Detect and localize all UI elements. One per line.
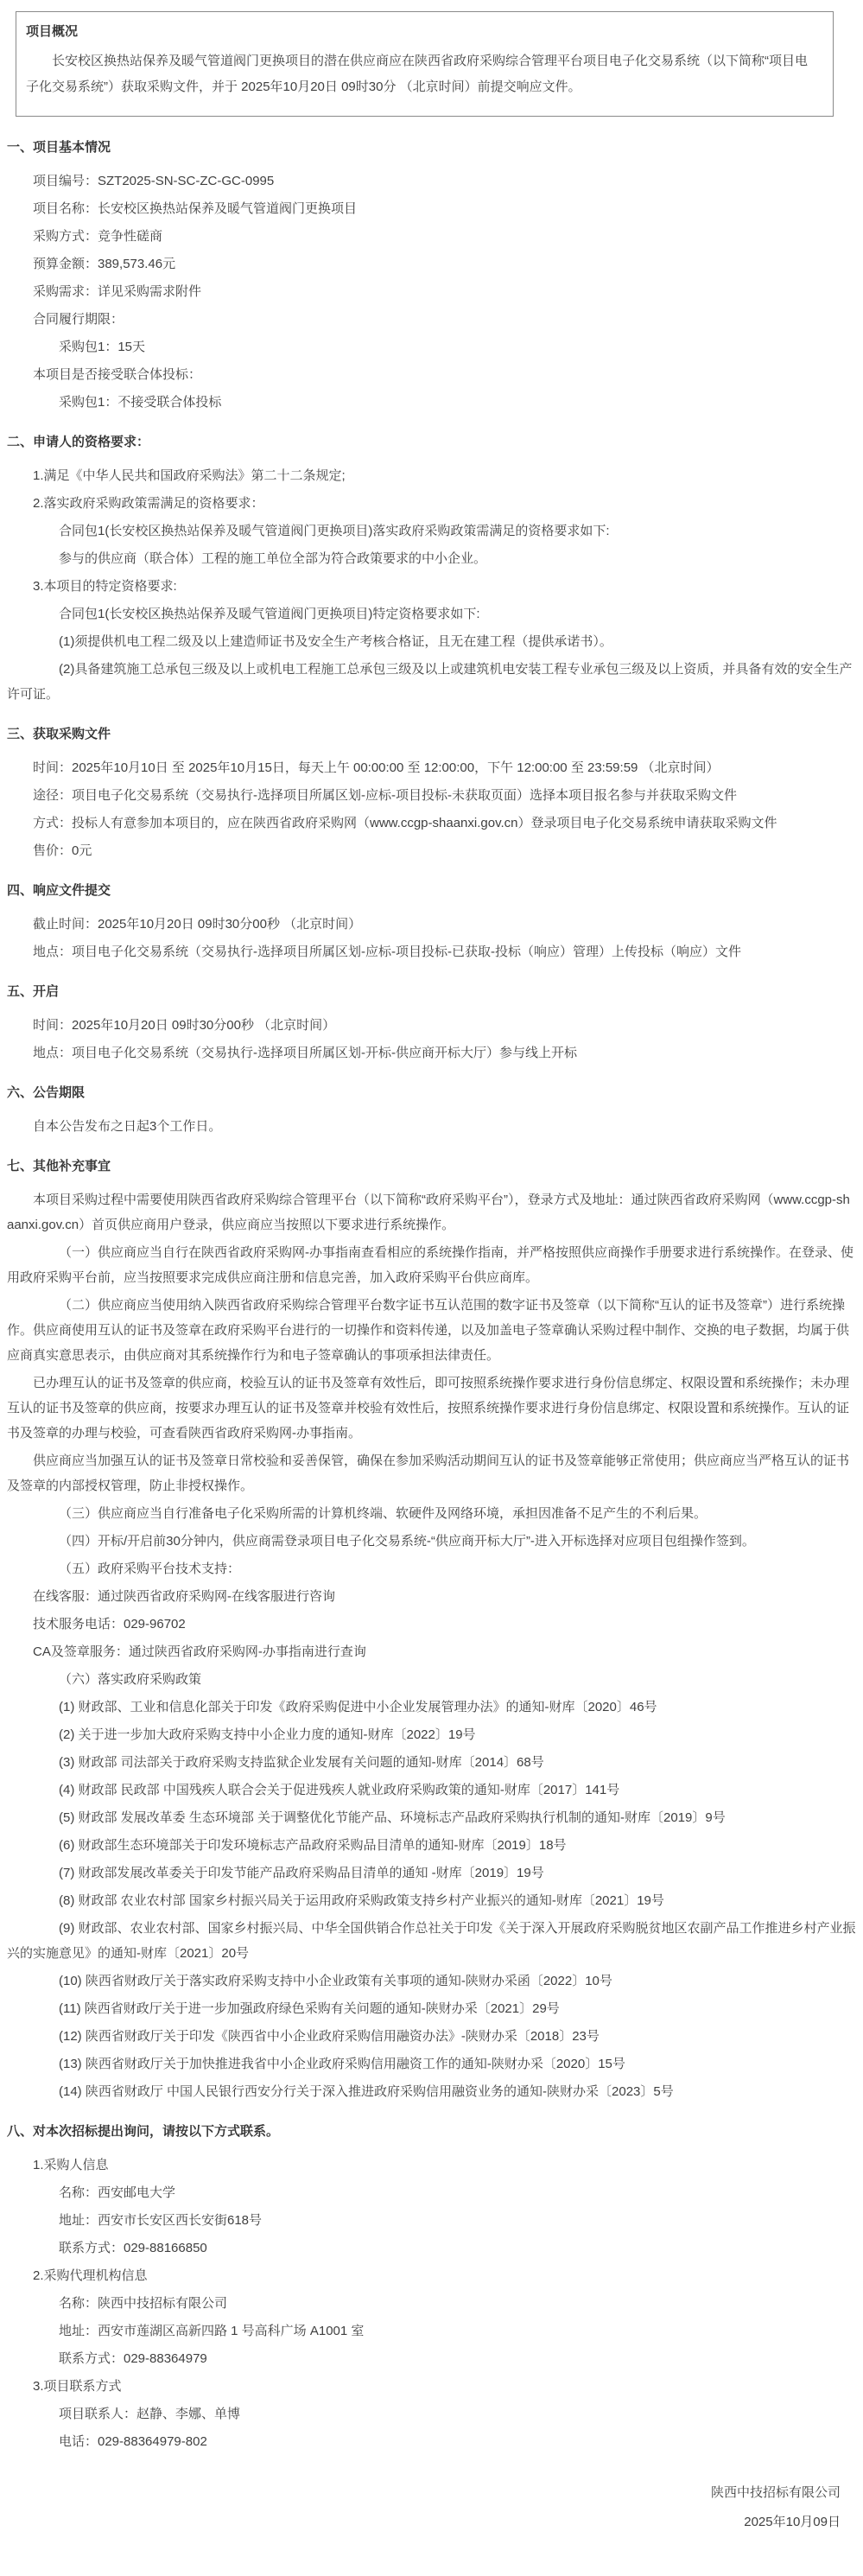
paragraph: (2) 关于进一步加大政府采购支持中小企业力度的通知-财库〔2022〕19号 <box>7 1722 856 1747</box>
paragraph: 项目联系人：赵静、李娜、单博 <box>7 2401 856 2427</box>
paragraph: (14) 陕西省财政厅 中国人民银行西安分行关于深入推进政府采购信用融资业务的通… <box>7 2079 856 2104</box>
section-heading: 二、申请人的资格要求： <box>7 434 856 451</box>
footer-agency-name: 陕西中技招标有限公司 <box>7 2480 841 2506</box>
paragraph: 方式：投标人有意参加本项目的，应在陕西省政府采购网（www.ccgp-shaan… <box>7 811 856 836</box>
sections-container: 一、项目基本情况项目编号：SZT2025-SN-SC-ZC-GC-0995项目名… <box>7 139 856 2454</box>
footer-publish-date: 2025年10月09日 <box>7 2509 841 2535</box>
paragraph: （四）开标/开启前30分钟内，供应商需登录项目电子化交易系统-“供应商开标大厅”… <box>7 1529 856 1554</box>
paragraph: (10) 陕西省财政厅关于落实政府采购支持中小企业政策有关事项的通知-陕财办采函… <box>7 1969 856 1994</box>
paragraph: (13) 陕西省财政厅关于加快推进我省中小企业政府采购信用融资工作的通知-陕财办… <box>7 2051 856 2077</box>
overview-paragraph: 长安校区换热站保养及暖气管道阀门更换项目的潜在供应商应在陕西省政府采购综合管理平… <box>26 48 819 100</box>
paragraph: 本项目是否接受联合体投标： <box>7 362 856 387</box>
paragraph: 2.落实政府采购政策需满足的资格要求： <box>7 491 856 516</box>
paragraph: 截止时间：2025年10月20日 09时30分00秒 （北京时间） <box>7 912 856 937</box>
section-heading: 三、获取采购文件 <box>7 726 856 743</box>
paragraph: 时间：2025年10月20日 09时30分00秒 （北京时间） <box>7 1013 856 1038</box>
document-footer: 陕西中技招标有限公司 2025年10月09日 <box>7 2480 856 2535</box>
paragraph: 技术服务电话：029-96702 <box>7 1612 856 1637</box>
section-heading: 六、公告期限 <box>7 1084 856 1102</box>
paragraph: 已办理互认的证书及签章的供应商，校验互认的证书及签章有效性后，即可按照系统操作要… <box>7 1371 856 1446</box>
paragraph: 电话：029-88364979-802 <box>7 2429 856 2454</box>
paragraph: (7) 财政部发展改革委关于印发节能产品政府采购品目清单的通知 -财库〔2019… <box>7 1860 856 1886</box>
paragraph: CA及签章服务：通过陕西省政府采购网-办事指南进行查询 <box>7 1639 856 1664</box>
section-heading: 一、项目基本情况 <box>7 139 856 156</box>
paragraph: 采购方式：竞争性磋商 <box>7 224 856 249</box>
paragraph: 地点：项目电子化交易系统（交易执行-选择项目所属区划-开标-供应商开标大厅）参与… <box>7 1040 856 1065</box>
section-heading: 七、其他补充事宜 <box>7 1158 856 1175</box>
paragraph: (1) 财政部、工业和信息化部关于印发《政府采购促进中小企业发展管理办法》的通知… <box>7 1695 856 1720</box>
paragraph: 预算金额：389,573.46元 <box>7 251 856 277</box>
paragraph: (1)须提供机电工程二级及以上建造师证书及安全生产考核合格证，且无在建工程（提供… <box>7 629 856 654</box>
overview-title: 项目概况 <box>26 23 819 41</box>
paragraph: （五）政府采购平台技术支持： <box>7 1556 856 1581</box>
paragraph: (2)具备建筑施工总承包三级及以上或机电工程施工总承包三级及以上或建筑机电安装工… <box>7 657 856 707</box>
paragraph: (12) 陕西省财政厅关于印发《陕西省中小企业政府采购信用融资办法》-陕财办采〔… <box>7 2024 856 2049</box>
section-heading: 八、对本次招标提出询问，请按以下方式联系。 <box>7 2123 856 2140</box>
paragraph: 途径：项目电子化交易系统（交易执行-选择项目所属区划-应标-项目投标-未获取页面… <box>7 783 856 808</box>
paragraph: 合同包1(长安校区换热站保养及暖气管道阀门更换项目)特定资格要求如下: <box>7 601 856 627</box>
paragraph: 名称：西安邮电大学 <box>7 2180 856 2205</box>
paragraph: （二）供应商应当使用纳入陕西省政府采购综合管理平台数字证书互认范围的数字证书及签… <box>7 1293 856 1368</box>
paragraph: 地址：西安市长安区西长安街618号 <box>7 2208 856 2233</box>
paragraph: （一）供应商应当自行在陕西省政府采购网-办事指南查看相应的系统操作指南，并严格按… <box>7 1240 856 1290</box>
paragraph: 采购包1：不接受联合体投标 <box>7 390 856 415</box>
paragraph: (6) 财政部生态环境部关于印发环境标志产品政府采购品目清单的通知-财库〔201… <box>7 1833 856 1858</box>
paragraph: 参与的供应商（联合体）工程的施工单位全部为符合政策要求的中小企业。 <box>7 546 856 571</box>
paragraph: (3) 财政部 司法部关于政府采购支持监狱企业发展有关问题的通知-财库〔2014… <box>7 1750 856 1775</box>
paragraph: (11) 陕西省财政厅关于进一步加强政府绿色采购有关问题的通知-陕财办采〔202… <box>7 1996 856 2021</box>
paragraph: 在线客服：通过陕西省政府采购网-在线客服进行咨询 <box>7 1584 856 1609</box>
paragraph: 联系方式：029-88364979 <box>7 2346 856 2371</box>
paragraph: 供应商应当加强互认的证书及签章日常校验和妥善保管，确保在参加采购活动期间互认的证… <box>7 1448 856 1498</box>
paragraph: 1.采购人信息 <box>7 2153 856 2178</box>
paragraph: 合同履行期限： <box>7 307 856 332</box>
paragraph: （六）落实政府采购政策 <box>7 1667 856 1692</box>
project-overview-box: 项目概况 长安校区换热站保养及暖气管道阀门更换项目的潜在供应商应在陕西省政府采购… <box>16 11 834 117</box>
paragraph: 时间：2025年10月10日 至 2025年10月15日，每天上午 00:00:… <box>7 755 856 780</box>
paragraph: （三）供应商应当自行准备电子化采购所需的计算机终端、软硬件及网络环境，承担因准备… <box>7 1501 856 1526</box>
paragraph: 采购需求：详见采购需求附件 <box>7 279 856 304</box>
paragraph: (9) 财政部、农业农村部、国家乡村振兴局、中华全国供销合作总社关于印发《关于深… <box>7 1916 856 1966</box>
paragraph: 3.项目联系方式 <box>7 2374 856 2399</box>
paragraph: 地点：项目电子化交易系统（交易执行-选择项目所属区划-应标-项目投标-已获取-投… <box>7 939 856 964</box>
paragraph: 2.采购代理机构信息 <box>7 2263 856 2288</box>
paragraph: 项目名称：长安校区换热站保养及暖气管道阀门更换项目 <box>7 196 856 221</box>
paragraph: 名称：陕西中技招标有限公司 <box>7 2291 856 2316</box>
procurement-announcement-page: 项目概况 长安校区换热站保养及暖气管道阀门更换项目的潜在供应商应在陕西省政府采购… <box>0 11 863 2576</box>
paragraph: (4) 财政部 民政部 中国残疾人联合会关于促进残疾人就业政府采购政策的通知-财… <box>7 1778 856 1803</box>
paragraph: 合同包1(长安校区换热站保养及暖气管道阀门更换项目)落实政府采购政策需满足的资格… <box>7 518 856 544</box>
paragraph: 自本公告发布之日起3个工作日。 <box>7 1114 856 1139</box>
paragraph: (8) 财政部 农业农村部 国家乡村振兴局关于运用政府采购政策支持乡村产业振兴的… <box>7 1888 856 1913</box>
paragraph: 采购包1：15天 <box>7 334 856 359</box>
paragraph: 项目编号：SZT2025-SN-SC-ZC-GC-0995 <box>7 169 856 194</box>
paragraph: 售价：0元 <box>7 838 856 863</box>
section-heading: 五、开启 <box>7 983 856 1001</box>
section-heading: 四、响应文件提交 <box>7 882 856 900</box>
paragraph: 地址：西安市莲湖区高新四路 1 号高科广场 A1001 室 <box>7 2318 856 2344</box>
paragraph: 3.本项目的特定资格要求: <box>7 574 856 599</box>
paragraph: 本项目采购过程中需要使用陕西省政府采购综合管理平台（以下简称“政府采购平台”），… <box>7 1187 856 1237</box>
paragraph: 1.满足《中华人民共和国政府采购法》第二十二条规定; <box>7 463 856 488</box>
paragraph: 联系方式：029-88166850 <box>7 2236 856 2261</box>
paragraph: (5) 财政部 发展改革委 生态环境部 关于调整优化节能产品、环境标志产品政府采… <box>7 1805 856 1830</box>
